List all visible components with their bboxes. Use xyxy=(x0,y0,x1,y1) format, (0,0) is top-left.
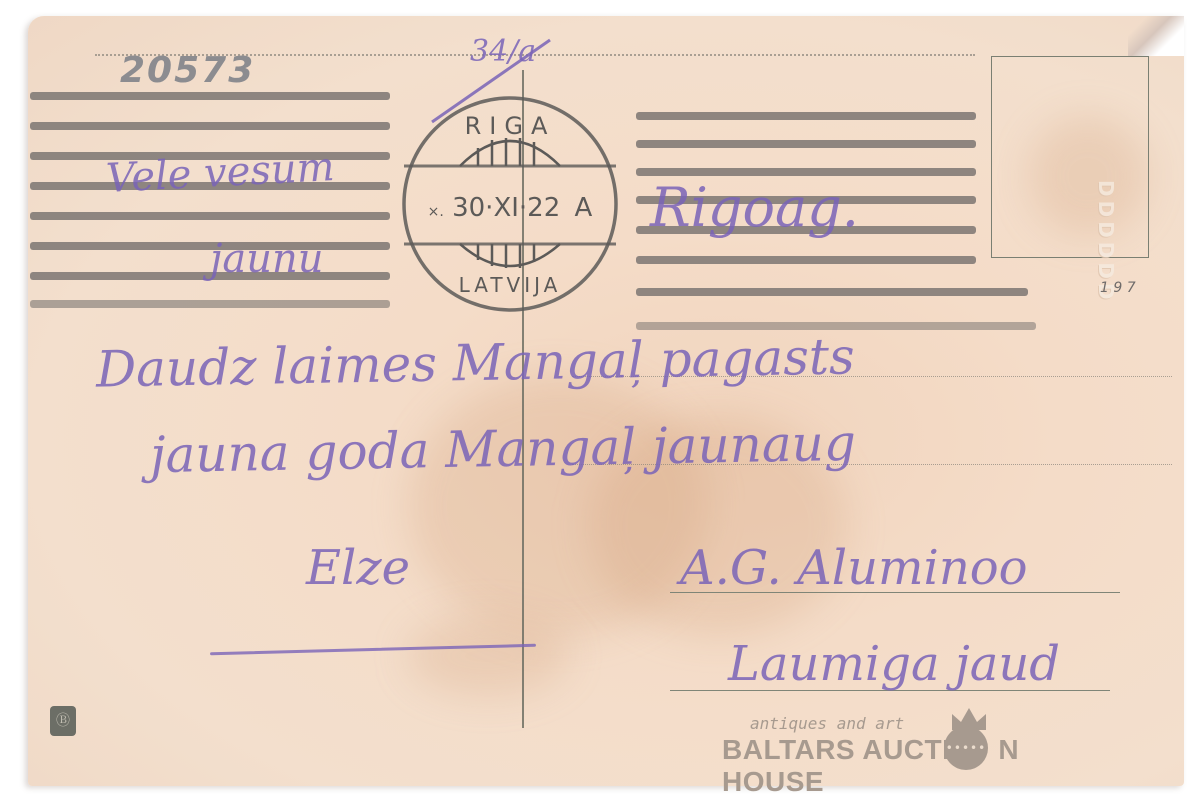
postmark-country: LATVIJA xyxy=(459,273,562,297)
watermark-ball: ••••• xyxy=(944,726,988,770)
handwritten-message-line2: jauna goda Mangaļ jaunaug xyxy=(150,414,857,484)
watermark-name: BALTARS AUCTIN HOUSE xyxy=(722,734,1122,798)
stamp-cancel-fragment: 1 9 7 xyxy=(1100,280,1136,296)
publisher-logo: Ⓑ xyxy=(50,706,76,736)
handwritten-greeting-line2: jaunu xyxy=(210,236,324,282)
watermark-tagline: antiques and art xyxy=(750,714,904,733)
embossed-publisher-mark: DDDDDD xyxy=(1088,180,1118,650)
auction-house-watermark: antiques and art BALTARS AUCTIN HOUSE ••… xyxy=(722,714,1122,774)
postmark-date: ×. 30·XI·22 A xyxy=(428,193,593,223)
handwritten-city-note: Rigoag. xyxy=(650,176,859,239)
inventory-number: 20573 xyxy=(120,50,255,91)
handwritten-recipient-town: Laumiga jaud xyxy=(728,636,1060,692)
stamp-placeholder-box xyxy=(991,56,1149,258)
water-stain xyxy=(408,616,568,696)
handwritten-signature: Elze xyxy=(306,540,410,596)
pencil-slash xyxy=(420,36,560,126)
handwritten-recipient-name: A.G. Aluminoo xyxy=(680,540,1028,596)
torn-corner xyxy=(1128,16,1184,56)
